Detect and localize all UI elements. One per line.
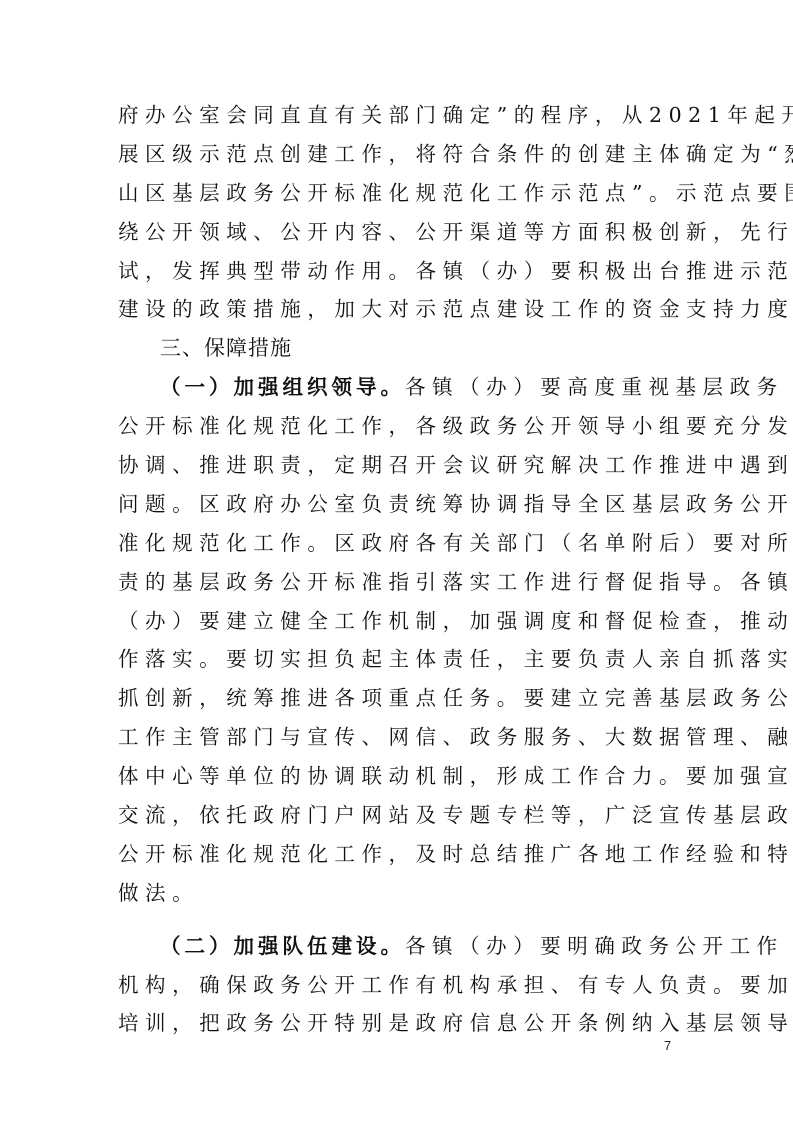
- text-line: （办）要建立健全工作机制，加强调度和督促检查，推动工: [118, 602, 678, 641]
- text-line-first: （二）加强队伍建设。各镇（办）要明确政务公开工作: [118, 927, 678, 966]
- text-line: 公开标准化规范化工作，及时总结推广各地工作经验和特色: [118, 835, 678, 874]
- subsection-title: （二）加强队伍建设。: [160, 934, 405, 958]
- text-line: 建设的政策措施，加大对示范点建设工作的资金支持力度。: [118, 290, 678, 329]
- text-line: 做法。: [118, 874, 678, 913]
- text-run: 各镇（办）要高度重视基层政务: [405, 375, 784, 399]
- text-line: 展区级示范点创建工作，将符合条件的创建主体确定为“烈: [118, 135, 678, 174]
- text-line: 府办公室会同直直有关部门确定”的程序，从2021年起开: [118, 96, 678, 135]
- text-line: 抓创新，统筹推进各项重点任务。要建立完善基层政务公开: [118, 679, 678, 718]
- text-line: 公开标准化规范化工作，各级政务公开领导小组要充分发挥: [118, 407, 678, 446]
- page-number: 7: [664, 1038, 671, 1053]
- text-line: 准化规范化工作。区政府各有关部门（名单附后）要对所负: [118, 524, 678, 563]
- text-line: 问题。区政府办公室负责统筹协调指导全区基层政务公开标: [118, 485, 678, 524]
- text-line: 交流，依托政府门户网站及专题专栏等，广泛宣传基层政务: [118, 796, 678, 835]
- section-heading: 三、保障措施: [118, 329, 678, 368]
- paragraph-team-building: （二）加强队伍建设。各镇（办）要明确政务公开工作 机构，确保政务公开工作有机构承…: [118, 927, 678, 1044]
- text-line: 机构，确保政务公开工作有机构承担、有专人负责。要加强: [118, 966, 678, 1005]
- text-line: 工作主管部门与宣传、网信、政务服务、大数据管理、融媒: [118, 718, 678, 757]
- text-line: 培训，把政务公开特别是政府信息公开条例纳入基层领导干: [118, 1004, 678, 1043]
- text-line: 山区基层政务公开标准化规范化工作示范点”。示范点要围: [118, 174, 678, 213]
- subsection-title: （一）加强组织领导。: [160, 375, 405, 399]
- paragraph-spacer: [118, 913, 678, 927]
- text-line: 试，发挥典型带动作用。各镇（办）要积极出台推进示范点: [118, 252, 678, 291]
- text-line: 体中心等单位的协调联动机制，形成工作合力。要加强宣传: [118, 757, 678, 796]
- text-line: 协调、推进职责，定期召开会议研究解决工作推进中遇到的: [118, 446, 678, 485]
- document-body: 府办公室会同直直有关部门确定”的程序，从2021年起开 展区级示范点创建工作，将…: [118, 96, 678, 1043]
- text-line: 绕公开领域、公开内容、公开渠道等方面积极创新，先行先: [118, 213, 678, 252]
- document-page: 府办公室会同直直有关部门确定”的程序，从2021年起开 展区级示范点创建工作，将…: [0, 0, 793, 1122]
- paragraph-organizational-leadership: （一）加强组织领导。各镇（办）要高度重视基层政务 公开标准化规范化工作，各级政务…: [118, 368, 678, 912]
- text-run: 各镇（办）要明确政务公开工作: [405, 934, 784, 958]
- text-line: 作落实。要切实担负起主体责任，主要负责人亲自抓落实、: [118, 640, 678, 679]
- paragraph-demonstration-points: 府办公室会同直直有关部门确定”的程序，从2021年起开 展区级示范点创建工作，将…: [118, 96, 678, 329]
- text-line-first: （一）加强组织领导。各镇（办）要高度重视基层政务: [118, 368, 678, 407]
- text-line: 责的基层政务公开标准指引落实工作进行督促指导。各镇: [118, 563, 678, 602]
